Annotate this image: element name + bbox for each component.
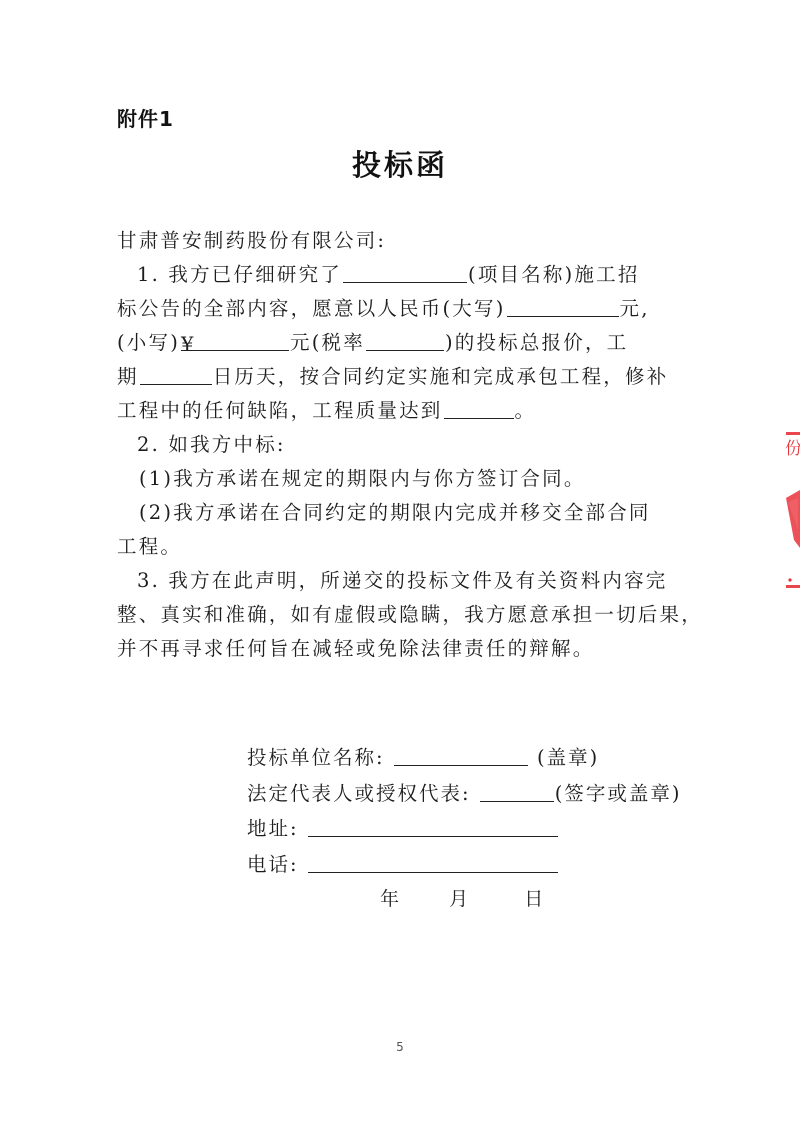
bidder-name-blank[interactable] (394, 743, 528, 766)
red-seal-fragment: 份 (784, 430, 800, 605)
page-number: 5 (0, 1040, 800, 1054)
clause2-item2-line1: (2)我方承诺在合同约定的期限内完成并移交全部合同 (117, 496, 692, 530)
phone-label: 电话: (247, 853, 299, 876)
duration-days-blank[interactable] (140, 362, 212, 385)
clause2-item1: (1)我方承诺在规定的期限内与你方签订合同。 (117, 462, 692, 496)
svg-text:份: 份 (785, 439, 800, 459)
document-body: 甘肃普安制药股份有限公司: 1. 我方已仔细研究了(项目名称)施工招 标公告的全… (117, 224, 692, 666)
clause3-line1: 3. 我方在此声明，所递交的投标文件及有关资料内容完 (117, 564, 692, 598)
representative-label: 法定代表人或授权代表: (247, 782, 471, 805)
clause1-text: 日历天，按合同约定实施和完成承包工程，修补 (213, 365, 669, 388)
clause1-text: )的投标总报价，工 (445, 331, 628, 354)
bidder-seal-note: (盖章) (537, 746, 599, 769)
clause1-text: 1. 我方已仔细研究了 (137, 263, 342, 286)
address-blank[interactable] (308, 814, 558, 837)
clause1-text: 标公告的全部内容，愿意以人民币(大写) (117, 297, 506, 320)
phone-row: 电话: (247, 847, 717, 883)
representative-row: 法定代表人或授权代表: (签字或盖章) (247, 776, 717, 812)
clause3-line2: 整、真实和准确，如有虚假或隐瞒，我方愿意承担一切后果， (117, 598, 692, 632)
clause1-line1: 1. 我方已仔细研究了(项目名称)施工招 (117, 258, 692, 292)
price-uppercase-blank[interactable] (507, 294, 619, 317)
clause2-heading: 2. 如我方中标: (117, 428, 692, 462)
representative-sign-note: (签字或盖章) (555, 782, 682, 805)
tax-rate-blank[interactable] (366, 328, 444, 351)
clause2-item2-line2: 工程。 (117, 530, 692, 564)
bidder-name-row: 投标单位名称: (盖章) (247, 740, 717, 776)
date-year: 年 (380, 884, 399, 911)
attachment-label: 附件1 (117, 103, 174, 132)
clause1-text: (小写) (117, 331, 180, 354)
phone-blank[interactable] (308, 850, 558, 873)
price-numeric-blank[interactable]: ¥ (181, 328, 289, 351)
document-page: 附件1 投标函 甘肃普安制药股份有限公司: 1. 我方已仔细研究了(项目名称)施… (0, 0, 800, 1130)
seal-icon: 份 (784, 430, 800, 605)
clause3-line3: 并不再寻求任何旨在减轻或免除法律责任的辩解。 (117, 632, 692, 666)
clause1-line2: 标公告的全部内容，愿意以人民币(大写)元, (117, 292, 692, 326)
clause1-text: 元(税率 (290, 331, 365, 354)
clause1-text: 期 (117, 365, 139, 388)
date-day: 日 (524, 884, 543, 911)
representative-blank[interactable] (480, 779, 554, 802)
clause1-text: 元, (620, 297, 650, 320)
date-month: 月 (449, 884, 468, 911)
quality-standard-blank[interactable] (444, 396, 514, 419)
document-title: 投标函 (0, 143, 800, 184)
clause1-line3: (小写)¥元(税率)的投标总报价，工 (117, 326, 692, 360)
signature-block: 投标单位名称: (盖章) 法定代表人或授权代表: (签字或盖章) 地址: 电话: (247, 740, 717, 882)
clause1-line4: 期日历天，按合同约定实施和完成承包工程，修补 (117, 360, 692, 394)
address-row: 地址: (247, 811, 717, 847)
addressee: 甘肃普安制药股份有限公司: (117, 224, 692, 258)
address-label: 地址: (247, 817, 299, 840)
clause1-line5: 工程中的任何缺陷，工程质量达到。 (117, 394, 692, 428)
clause1-text: 。 (515, 399, 537, 422)
date-row: 年 月 日 (380, 884, 543, 911)
clause1-text: 工程中的任何缺陷，工程质量达到 (117, 399, 443, 422)
bidder-name-label: 投标单位名称: (247, 746, 385, 769)
clause1-text: (项目名称)施工招 (468, 263, 640, 286)
yen-sign: ¥ (181, 333, 196, 356)
project-name-blank[interactable] (343, 260, 467, 283)
